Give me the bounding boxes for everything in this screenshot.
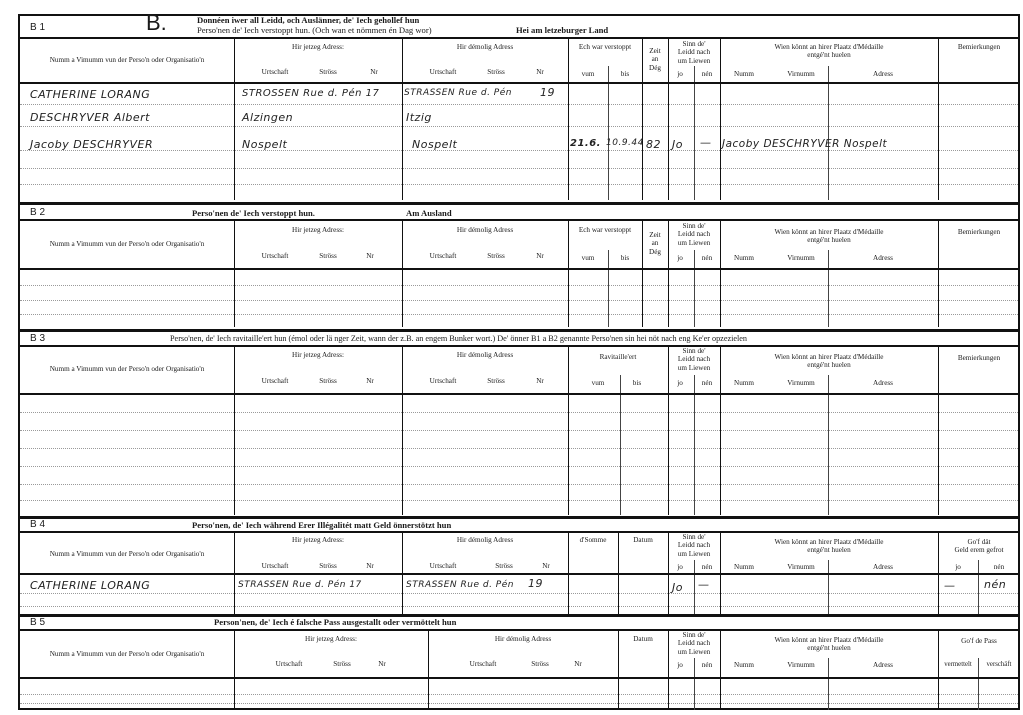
section-label: B 5	[30, 617, 45, 628]
row-line	[20, 126, 1018, 127]
header-medal-2: entgé'nt huelen	[720, 51, 938, 59]
header-money-asked: Go'f dät Geld erem gefrot	[938, 538, 1020, 555]
col-divider	[828, 375, 829, 515]
col-divider	[694, 66, 695, 200]
sub-locality: Urtschaft	[418, 377, 468, 385]
row-line	[20, 606, 1018, 607]
row-line	[20, 184, 1018, 185]
header-name: Numm a Vimumm vun der Perso'n oder Organ…	[20, 56, 234, 64]
sub-number: Nr	[360, 377, 380, 385]
sub-address: Adress	[828, 254, 938, 262]
sub-no: nén	[980, 563, 1018, 571]
sub-yes: jo	[668, 70, 692, 78]
header-remarks: Bemierkungen	[938, 43, 1020, 51]
row-line	[20, 448, 1018, 449]
sub-street: Ströss	[308, 377, 348, 385]
header-bottom	[18, 268, 1020, 270]
sub-yes: jo	[668, 379, 692, 387]
sub-surname: Numm	[724, 563, 764, 571]
header-former-address: Hir démolig Adress	[428, 635, 618, 643]
header-bottom	[18, 573, 1020, 575]
section-divider	[18, 614, 1020, 617]
sub-yes: jo	[668, 254, 692, 262]
section-label: B 2	[30, 207, 45, 218]
sub-locality: Urtschaft	[458, 660, 508, 668]
header-name: Numm a Vimumm vun der Perso'n oder Organ…	[20, 550, 234, 558]
b1-row3-medal: Jacoby DESCHRYVER Nospelt	[722, 138, 887, 150]
sub-address: Adress	[828, 379, 938, 387]
header-medal-1: Wien könnt an hirer Plaatz d'Médaille	[720, 228, 938, 236]
b4-row1-name: CATHERINE LORANG	[30, 579, 150, 592]
sub-street: Ströss	[520, 660, 560, 668]
header-medal-2: entgé'nt huelen	[720, 236, 938, 244]
sub-number: Nr	[360, 562, 380, 570]
col-divider	[938, 629, 939, 710]
header-time: Zeit an Dég	[642, 47, 668, 72]
page-letter: B.	[146, 10, 167, 36]
b4-row1-money-yes: —	[944, 579, 956, 592]
section-region: Hei am letzeburger Land	[516, 25, 608, 35]
b1-row1-name: CATHERINE LORANG	[30, 88, 150, 101]
col-divider	[694, 375, 695, 515]
sub-address: Adress	[828, 661, 938, 669]
header-medal-1: Wien könnt an hirer Plaatz d'Médaille	[720, 538, 938, 546]
col-divider	[828, 66, 829, 200]
header-medal-1: Wien könnt an hirer Plaatz d'Médaille	[720, 353, 938, 361]
header-suffered-2: Leidd nach	[668, 48, 720, 56]
header-suffered-1: Sinn de'	[668, 347, 720, 355]
sub-street: Ströss	[308, 562, 348, 570]
section-region: Am Ausland	[406, 208, 452, 218]
sub-address: Adress	[828, 563, 938, 571]
header-name: Numm a Vimumm vun der Perso'n oder Organ…	[20, 650, 234, 658]
section-title-line1: Donnéen iwer all Leidd, och Auslänner, d…	[197, 15, 419, 25]
row-line	[20, 484, 1018, 485]
section-divider	[18, 329, 1020, 332]
col-divider	[234, 37, 235, 200]
col-divider	[568, 219, 569, 327]
row-line	[20, 466, 1018, 467]
section-title: Perso'nen, de' Iech ravitaille'ert hun (…	[170, 334, 747, 343]
sub-number: Nr	[530, 68, 550, 76]
row-line	[20, 150, 1018, 151]
sub-mediated: vermettelt	[938, 661, 978, 669]
header-bottom	[18, 677, 1020, 679]
section-label: B 3	[30, 333, 45, 344]
header-hidden: Ech war verstoppt	[568, 43, 642, 51]
sub-firstname: Virnumm	[776, 563, 826, 571]
header-suffered: Sinn de' Leidd nach um Liewen	[668, 347, 720, 372]
sub-number: Nr	[530, 377, 550, 385]
col-divider	[234, 629, 235, 710]
section-label: B 1	[30, 22, 45, 33]
sub-address: Adress	[828, 70, 938, 78]
header-medal: Wien könnt an hirer Plaatz d'Médaille en…	[720, 538, 938, 555]
col-divider	[642, 37, 643, 200]
header-medal-2: entgé'nt huelen	[720, 546, 938, 554]
sub-no: nén	[694, 254, 720, 262]
header-current-address: Hir jetzeg Adress:	[234, 351, 402, 359]
header-hidden: Ech war verstoppt	[568, 226, 642, 234]
header-suffered-3: um Liewen	[668, 57, 720, 65]
header-time-1: Zeit	[642, 47, 668, 55]
b1-row3-former: Nospelt	[412, 138, 457, 151]
col-divider	[694, 250, 695, 327]
sub-number: Nr	[568, 660, 588, 668]
header-date: Datum	[618, 536, 668, 544]
header-current-address: Hir jetzeg Adress:	[234, 536, 402, 544]
section-divider	[18, 516, 1020, 519]
sub-locality: Urtschaft	[250, 252, 300, 260]
header-suffered-2: Leidd nach	[668, 639, 720, 647]
col-divider	[608, 250, 609, 327]
header-former-address: Hir démolig Adress	[402, 351, 568, 359]
header-money-2: Geld erem gefrot	[938, 546, 1020, 554]
sub-street: Ströss	[476, 68, 516, 76]
header-suffered-3: um Liewen	[668, 550, 720, 558]
b4-row1-current: STRASSEN Rue d. Pén 17	[238, 580, 362, 590]
sub-street: Ströss	[476, 377, 516, 385]
sub-street: Ströss	[484, 562, 524, 570]
sub-locality: Urtschaft	[418, 68, 468, 76]
header-current-address: Hir jetzeg Adress:	[234, 43, 402, 51]
sub-street: Ströss	[322, 660, 362, 668]
col-divider	[402, 219, 403, 327]
sub-locality: Urtschaft	[418, 252, 468, 260]
sub-from: vum	[568, 254, 608, 262]
col-divider	[642, 219, 643, 327]
header-remarks: Bemierkungen	[938, 354, 1020, 362]
header-money-1: Go'f dät	[938, 538, 1020, 546]
header-former-address: Hir démolig Adress	[402, 43, 568, 51]
header-former-address: Hir démolig Adress	[402, 226, 568, 234]
sub-to: bis	[608, 254, 642, 262]
col-divider	[568, 37, 569, 200]
header-suffered-1: Sinn de'	[668, 40, 720, 48]
divider	[18, 345, 1020, 347]
row-line	[20, 412, 1018, 413]
sub-to: bis	[620, 379, 654, 387]
row-line	[20, 593, 1018, 594]
header-medal-1: Wien könnt an hirer Plaatz d'Médaille	[720, 43, 938, 51]
sub-number: Nr	[530, 252, 550, 260]
header-medal: Wien könnt an hirer Plaatz d'Médaille en…	[720, 636, 938, 653]
sub-number: Nr	[372, 660, 392, 668]
divider	[18, 629, 1020, 631]
sub-from: vum	[578, 379, 618, 387]
col-divider	[938, 37, 939, 200]
sub-no: nén	[694, 661, 720, 669]
header-name: Numm a Vimumm vun der Perso'n oder Organ…	[20, 240, 234, 248]
sub-yes: jo	[668, 661, 692, 669]
sub-locality: Urtschaft	[264, 660, 314, 668]
header-bottom	[18, 393, 1020, 395]
b4-row1-yes: Jo	[672, 581, 683, 594]
b1-row3-days: 82	[646, 138, 661, 151]
header-pass: Go'f de Pass	[938, 637, 1020, 645]
header-suffered-2: Leidd nach	[668, 541, 720, 549]
header-current-address: Hir jetzeg Adress:	[234, 226, 402, 234]
col-divider	[428, 629, 429, 710]
row-line	[20, 285, 1018, 286]
header-suffered: Sinn de' Leidd nach um Liewen	[668, 222, 720, 247]
col-divider	[608, 66, 609, 200]
row-line	[20, 314, 1018, 315]
sub-locality: Urtschaft	[250, 68, 300, 76]
col-divider	[720, 37, 721, 200]
col-divider	[668, 37, 669, 200]
col-divider	[620, 375, 621, 515]
header-suffered: Sinn de' Leidd nach um Liewen	[668, 533, 720, 558]
col-divider	[618, 629, 619, 710]
header-remarks: Bemierkungen	[938, 228, 1020, 236]
col-divider	[234, 219, 235, 327]
section-divider	[18, 202, 1020, 205]
row-line	[20, 430, 1018, 431]
row-line	[20, 703, 1018, 704]
b4-row1-former-nr: 19	[528, 577, 543, 590]
header-time-2: an	[642, 55, 668, 63]
b1-row2-name: DESCHRYVER Albert	[30, 111, 150, 124]
sub-no: nén	[694, 563, 720, 571]
sub-street: Ströss	[476, 252, 516, 260]
header-name: Numm a Vimumm vun der Perso'n oder Organ…	[20, 365, 234, 373]
header-medal-2: entgé'nt huelen	[720, 644, 938, 652]
row-line	[20, 500, 1018, 501]
header-time-3: Dég	[642, 64, 668, 72]
b4-row1-former: STRASSEN Rue d. Pén	[406, 580, 514, 590]
sub-from: vum	[568, 70, 608, 78]
row-line	[20, 694, 1018, 695]
col-divider	[720, 219, 721, 327]
sub-obtained: verschäft	[979, 661, 1019, 669]
sub-surname: Numm	[724, 379, 764, 387]
header-suffered-1: Sinn de'	[668, 631, 720, 639]
sub-to: bis	[608, 70, 642, 78]
b1-row1-former: STRASSEN Rue d. Pén	[404, 88, 512, 98]
header-suffered-1: Sinn de'	[668, 533, 720, 541]
section-label: B 4	[30, 519, 45, 530]
header-bottom	[18, 82, 1020, 84]
b1-row2-former: Itzig	[406, 111, 432, 124]
header-medal: Wien könnt an hirer Plaatz d'Médaille en…	[720, 228, 938, 245]
col-divider	[668, 219, 669, 327]
sub-yes: jo	[668, 563, 692, 571]
header-current-address: Hir jetzeg Adress:	[234, 635, 428, 643]
sub-locality: Urtschaft	[250, 562, 300, 570]
sub-yes: jo	[940, 563, 976, 571]
header-suffered: Sinn de' Leidd nach um Liewen	[668, 631, 720, 656]
sub-no: nén	[694, 70, 720, 78]
section-title-line2: Perso'nen de' Iech verstoppt hun. (Och w…	[197, 25, 432, 35]
divider	[18, 37, 1020, 39]
b1-row3-current: Nospelt	[242, 138, 287, 151]
b1-row3-name: Jacoby DESCHRYVER	[30, 138, 153, 151]
header-suffered-3: um Liewen	[668, 648, 720, 656]
header-time-2: an	[642, 239, 668, 247]
col-divider	[668, 629, 669, 710]
header-suffered-3: um Liewen	[668, 239, 720, 247]
divider	[18, 531, 1020, 533]
header-former-address: Hir démolig Adress	[402, 536, 568, 544]
b1-row1-former-nr: 19	[540, 86, 555, 99]
row-line	[20, 300, 1018, 301]
b4-row1-money-no: nén	[984, 578, 1006, 591]
b1-row3-to: 10.9.44	[606, 138, 644, 148]
sub-number: Nr	[360, 252, 380, 260]
header-suffered: Sinn de' Leidd nach um Liewen	[668, 40, 720, 65]
divider	[18, 219, 1020, 221]
header-medal: Wien könnt an hirer Plaatz d'Médaille en…	[720, 353, 938, 370]
row-line	[20, 104, 1018, 105]
b1-row1-current: STROSSEN Rue d. Pén 17	[242, 88, 379, 99]
header-medal: Wien könnt an hirer Plaatz d'Médaille en…	[720, 43, 938, 60]
col-divider	[938, 219, 939, 327]
col-divider	[828, 250, 829, 327]
section-title: Perso'nen de' Iech verstoppt hun.	[192, 208, 315, 218]
sub-firstname: Virnumm	[776, 379, 826, 387]
header-time-1: Zeit	[642, 231, 668, 239]
section-title: Perso'nen, de' Iech während Erer Illégal…	[192, 520, 451, 530]
header-time-3: Dég	[642, 248, 668, 256]
header-supplied: Ravitaille'ert	[568, 353, 668, 361]
col-divider	[402, 37, 403, 200]
sub-number: Nr	[364, 68, 384, 76]
header-medal-1: Wien könnt an hirer Plaatz d'Médaille	[720, 636, 938, 644]
header-suffered-1: Sinn de'	[668, 222, 720, 230]
sub-locality: Urtschaft	[250, 377, 300, 385]
sub-firstname: Virnumm	[776, 254, 826, 262]
sub-street: Ströss	[308, 252, 348, 260]
header-suffered-2: Leidd nach	[668, 230, 720, 238]
b1-row2-current: Alzingen	[242, 111, 293, 124]
header-date: Datum	[618, 635, 668, 643]
header-time: Zeit an Dég	[642, 231, 668, 256]
sub-locality: Urtschaft	[418, 562, 468, 570]
section-title: Person'nen, de' Iech é falsche Pass ausg…	[214, 617, 456, 627]
header-suffered-3: um Liewen	[668, 364, 720, 372]
sub-no: nén	[694, 379, 720, 387]
b4-row1-no: —	[698, 578, 710, 591]
sub-firstname: Virnumm	[776, 70, 826, 78]
b1-row3-no: —	[700, 136, 712, 149]
sub-surname: Numm	[724, 661, 764, 669]
sub-surname: Numm	[724, 254, 764, 262]
sub-firstname: Virnumm	[776, 661, 826, 669]
header-medal-2: entgé'nt huelen	[720, 361, 938, 369]
col-divider	[720, 629, 721, 710]
sub-street: Ströss	[308, 68, 348, 76]
sub-surname: Numm	[724, 70, 764, 78]
b1-row3-from: 21.6.	[570, 138, 601, 149]
header-suffered-2: Leidd nach	[668, 355, 720, 363]
row-line	[20, 168, 1018, 169]
sub-number: Nr	[536, 562, 556, 570]
header-amount: d'Somme	[568, 536, 618, 544]
b1-row3-yes: Jo	[672, 138, 683, 151]
